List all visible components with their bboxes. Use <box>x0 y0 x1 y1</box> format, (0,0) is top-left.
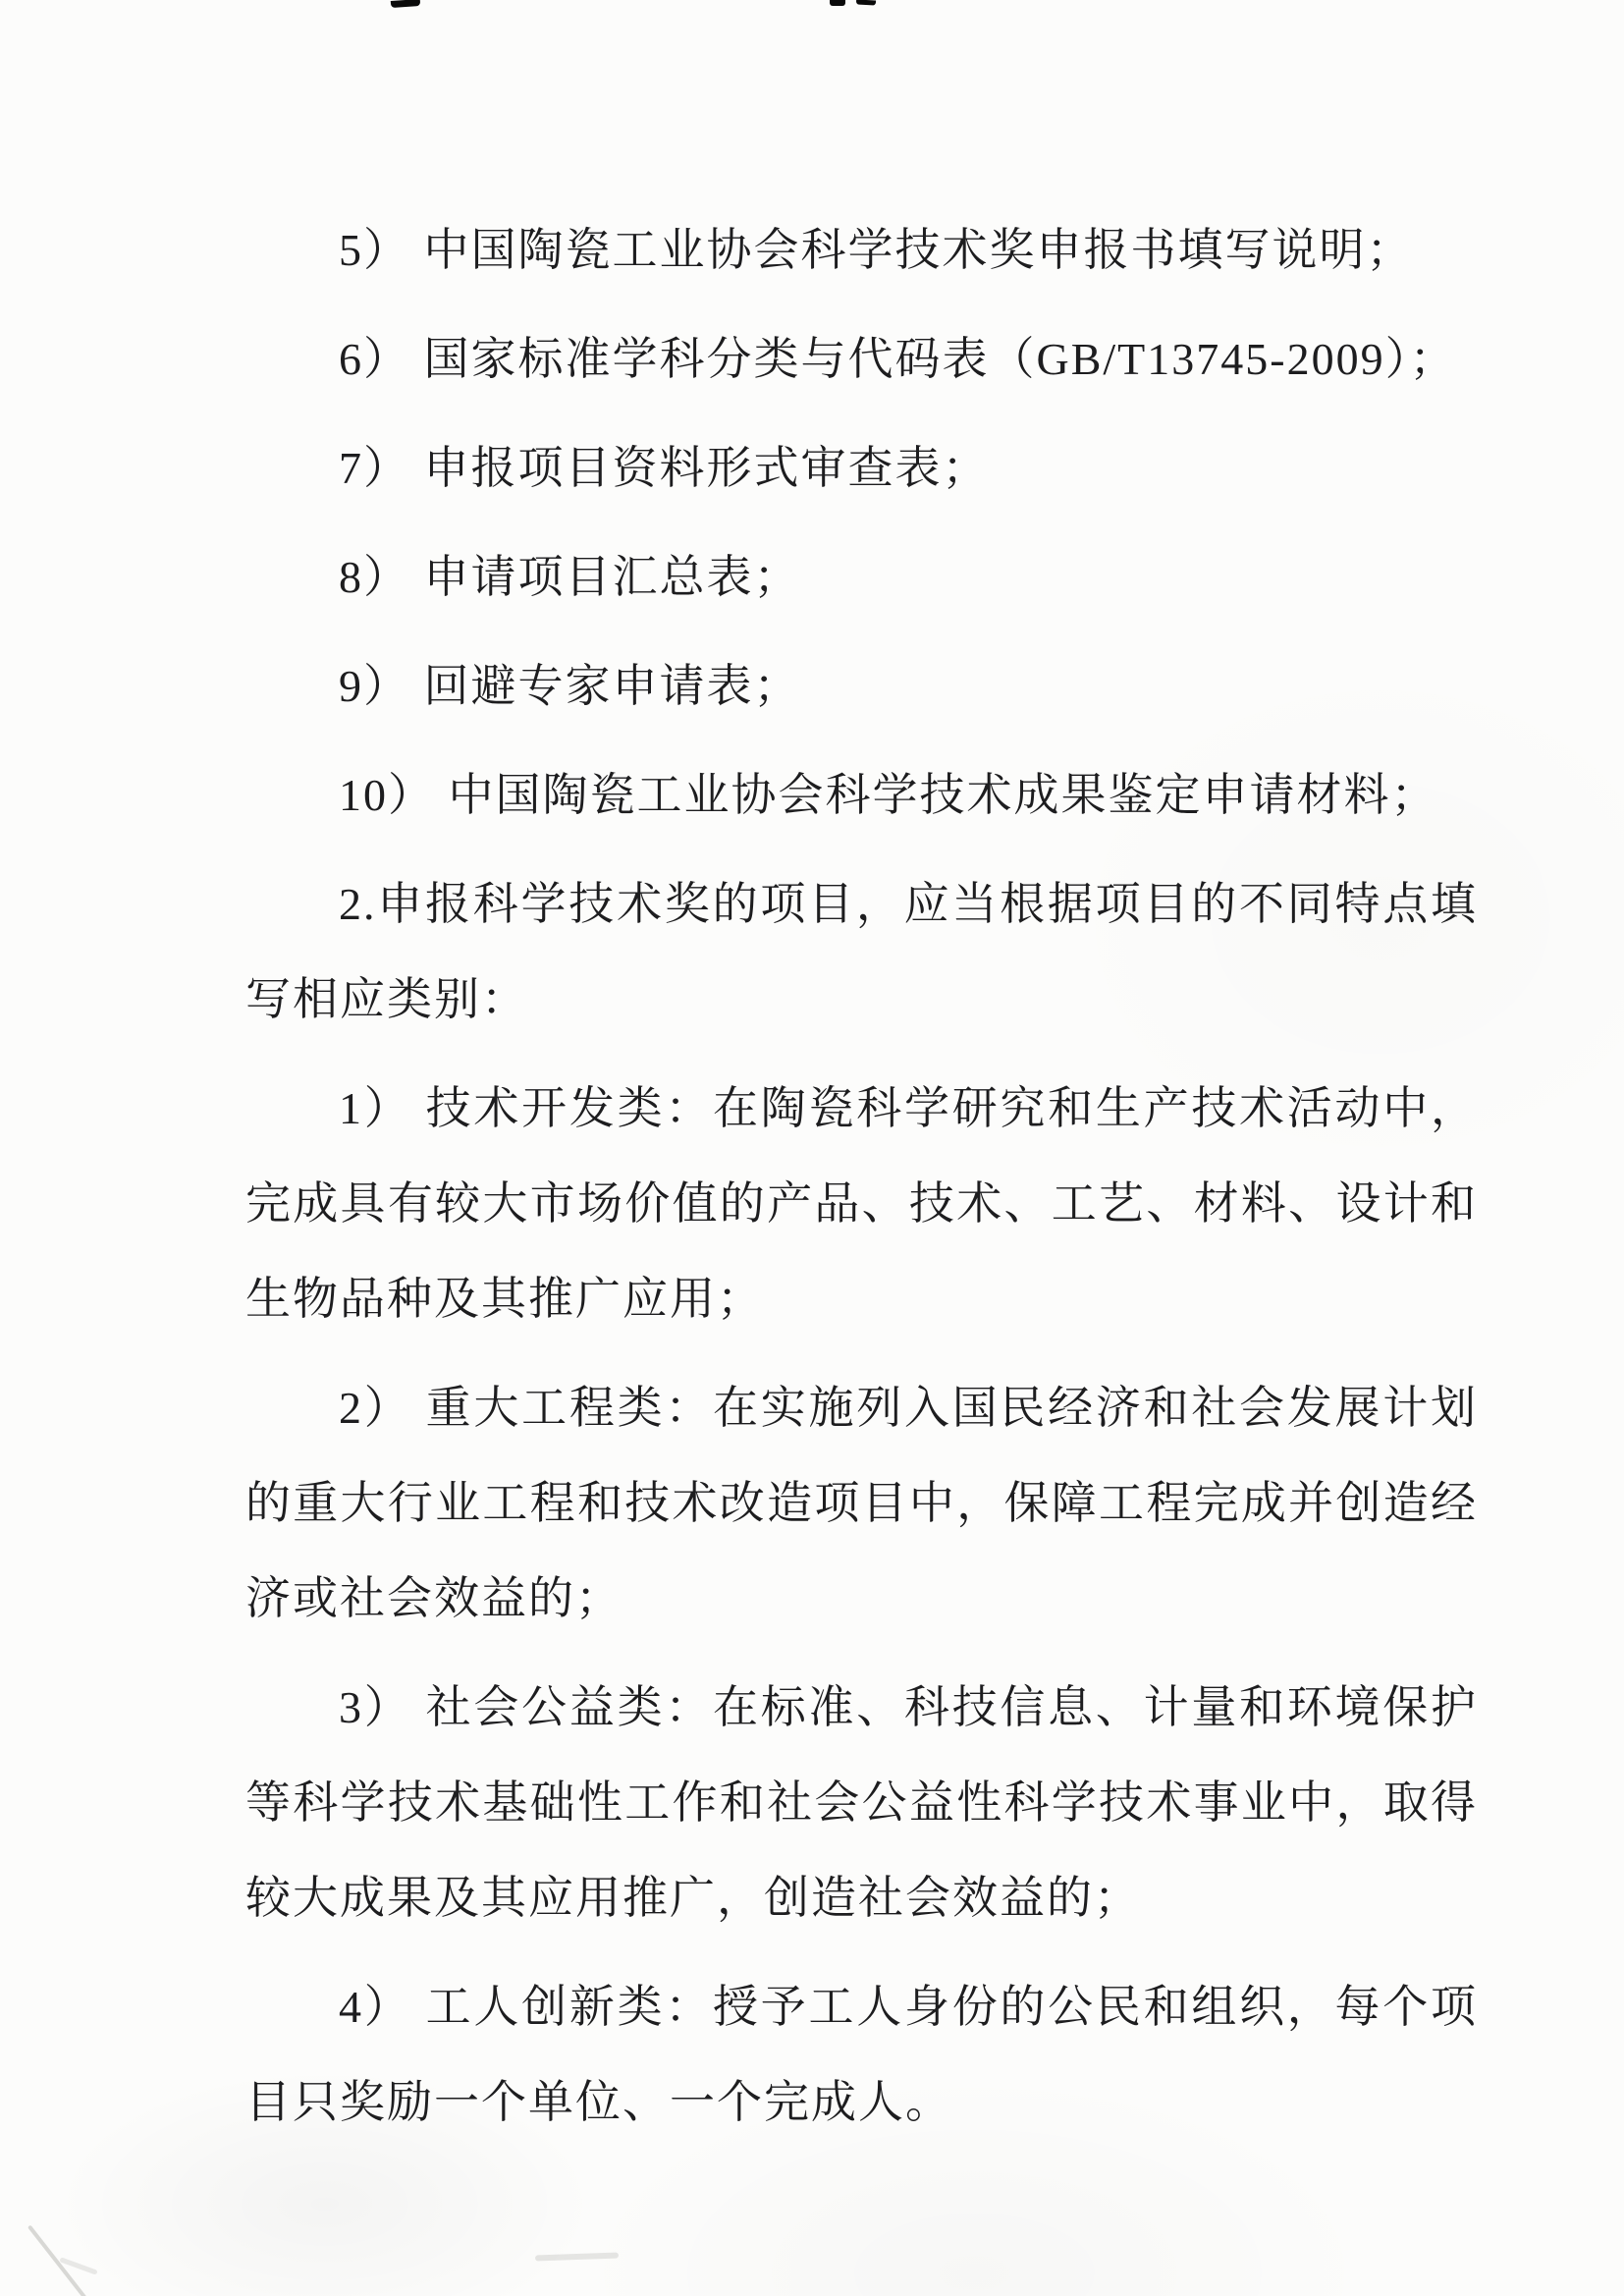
category-2-major-engineering: 2） 重大工程类：在实施列入国民经济和社会发展计划的重大行业工程和技术改造项目中… <box>245 1360 1478 1646</box>
document-page: 5） 中国陶瓷工业协会科学技术奖申报书填写说明； 6） 国家标准学科分类与代码表… <box>0 0 1624 2296</box>
attachment-item-6: 6） 国家标准学科分类与代码表（GB/T13745-2009）； <box>245 311 1478 407</box>
scan-artifact-bottom-center <box>535 2253 619 2262</box>
scan-artifact-top-2 <box>830 0 845 6</box>
attachment-item-10: 10） 中国陶瓷工业协会科学技术成果鉴定申请材料； <box>245 747 1478 843</box>
attachment-item-5: 5） 中国陶瓷工业协会科学技术奖申报书填写说明； <box>245 202 1478 298</box>
document-body: 5） 中国陶瓷工业协会科学技术奖申报书填写说明； 6） 国家标准学科分类与代码表… <box>245 202 1478 2163</box>
category-3-public-welfare: 3） 社会公益类：在标准、科技信息、计量和环境保护等科学技术基础性工作和社会公益… <box>245 1660 1478 1945</box>
scan-artifact-bottom-left-2 <box>59 2257 97 2274</box>
attachment-item-8: 8） 申请项目汇总表； <box>245 529 1478 625</box>
attachment-item-9: 9） 回避专家申请表； <box>245 638 1478 734</box>
attachment-item-7: 7） 申报项目资料形式审查表； <box>245 420 1478 516</box>
category-1-tech-development: 1） 技术开发类：在陶瓷科学研究和生产技术活动中，完成具有较大市场价值的产品、技… <box>245 1061 1478 1346</box>
category-4-worker-innovation: 4） 工人创新类：授予工人身份的公民和组织，每个项目只奖励一个单位、一个完成人。 <box>245 1959 1478 2150</box>
scan-artifact-top-1 <box>391 0 420 8</box>
scan-artifact-top-3 <box>856 0 876 6</box>
clause-2-intro: 2.申报科学技术奖的项目，应当根据项目的不同特点填写相应类别： <box>245 856 1478 1047</box>
scan-artifact-bottom-left <box>27 2225 88 2296</box>
